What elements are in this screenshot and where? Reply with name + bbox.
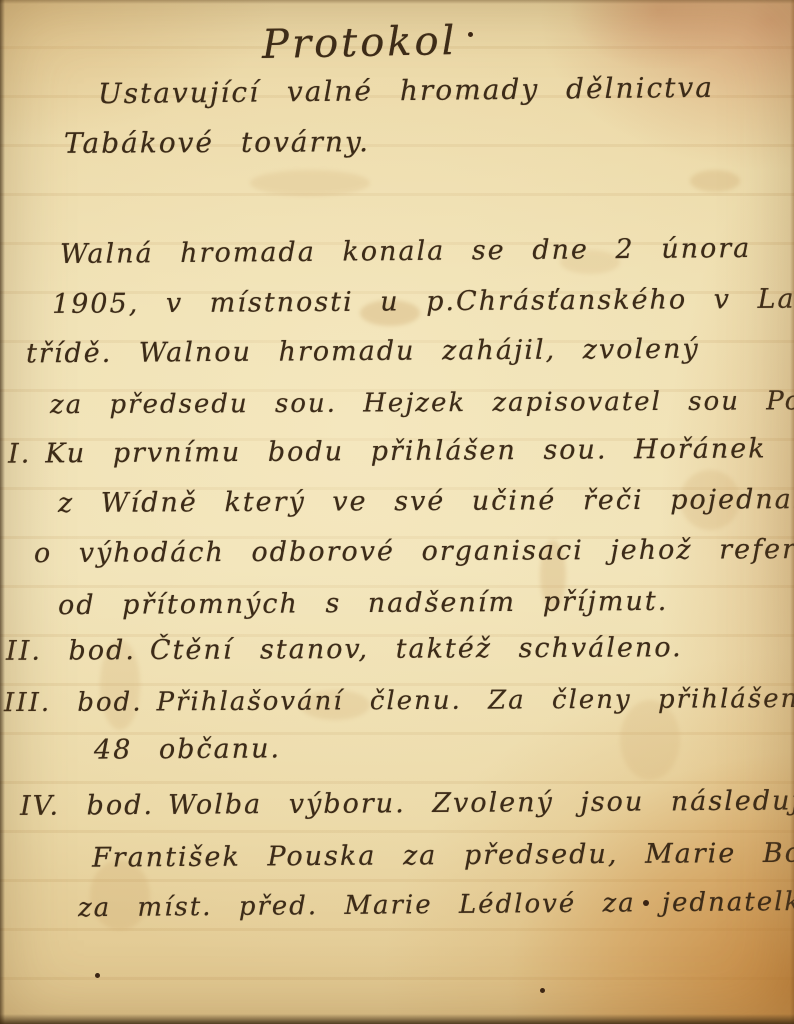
manuscript-line: od přítomných s nadšením příjmut. [58, 586, 668, 621]
document-title: Protokol [262, 18, 458, 68]
ink-dot [468, 32, 473, 37]
ink-dot [540, 988, 545, 993]
manuscript-line: František Pouska za předsedu, Marie Bouš… [92, 837, 794, 873]
item-roman-numeral: IV. bod. [20, 790, 154, 822]
manuscript-line: třídě. Walnou hromadu zahájil, zvolený [26, 334, 700, 370]
item-roman-numeral: I. [8, 438, 31, 469]
manuscript-line: Walná hromada konala se dne 2 února [60, 233, 752, 270]
item-roman-numeral: III. bod. [4, 687, 143, 718]
ink-bleed-mark [690, 170, 740, 192]
manuscript-line: z Wídně který ve své učiné řeči pojednal [58, 484, 794, 519]
manuscript-line: IV. bod.Wolba výboru. Zvolený jsou násle… [20, 785, 794, 822]
item-roman-numeral: II. bod. [6, 635, 136, 667]
manuscript-line: za míst. před. Marie Lédlové za jednatel… [78, 887, 794, 923]
manuscript-line: za předsedu sou. Hejzek zapisovatel sou … [50, 386, 794, 420]
line-text: za předsedu sou. Hejzek zapisovatel sou … [50, 386, 794, 420]
page-edge-bottom [0, 1014, 794, 1024]
manuscript-line: I.Ku prvnímu bodu přihlášen sou. Hořánek [8, 433, 767, 469]
manuscript-line: III. bod.Přihlašování členu. Za členy př… [4, 684, 794, 718]
line-text: třídě. Walnou hromadu zahájil, zvolený [26, 334, 700, 370]
manuscript-line: II. bod.Čtění stanov, taktéž schváleno. [6, 632, 683, 667]
ink-bleed-mark [250, 170, 370, 196]
line-text: od přítomných s nadšením příjmut. [58, 586, 668, 621]
line-text: Čtění stanov, taktéž schváleno. [150, 632, 683, 666]
line-text: z Wídně který ve své učiné řeči pojednal [58, 484, 794, 519]
line-text: Protokol [262, 18, 458, 68]
line-text: 48 občanu. [94, 733, 281, 765]
line-text: 1905, v místnosti u p.Chrásťanského v La… [52, 283, 794, 320]
ink-dot [95, 973, 100, 978]
manuscript-line: 48 občanu. [94, 733, 281, 765]
manuscript-line: Tabákové továrny. [64, 125, 370, 160]
manuscript-line: Ustavující valné hromady dělnictva [98, 71, 714, 110]
page-edge-top [0, 0, 794, 4]
line-text: o výhodách odborové organisaci jehož ref… [34, 534, 794, 569]
line-text: Ku prvnímu bodu přihlášen sou. Hořánek [45, 433, 767, 469]
line-text: Tabákové továrny. [64, 125, 370, 160]
manuscript-line: 1905, v místnosti u p.Chrásťanského v La… [52, 283, 794, 320]
page-edge-left [0, 0, 5, 1024]
line-text: Přihlašování členu. Za členy přihlášeny [156, 684, 794, 717]
manuscript-page: ProtokolUstavující valné hromady dělnict… [0, 0, 794, 1024]
manuscript-line: o výhodách odborové organisaci jehož ref… [34, 534, 794, 569]
line-text: František Pouska za předsedu, Marie Bouš… [92, 837, 794, 873]
line-text: Wolba výboru. Zvolený jsou následující [168, 785, 794, 821]
line-text: Walná hromada konala se dne 2 února [60, 233, 752, 270]
line-text: za míst. před. Marie Lédlové za jednatel… [78, 887, 794, 923]
line-text: Ustavující valné hromady dělnictva [98, 71, 714, 110]
